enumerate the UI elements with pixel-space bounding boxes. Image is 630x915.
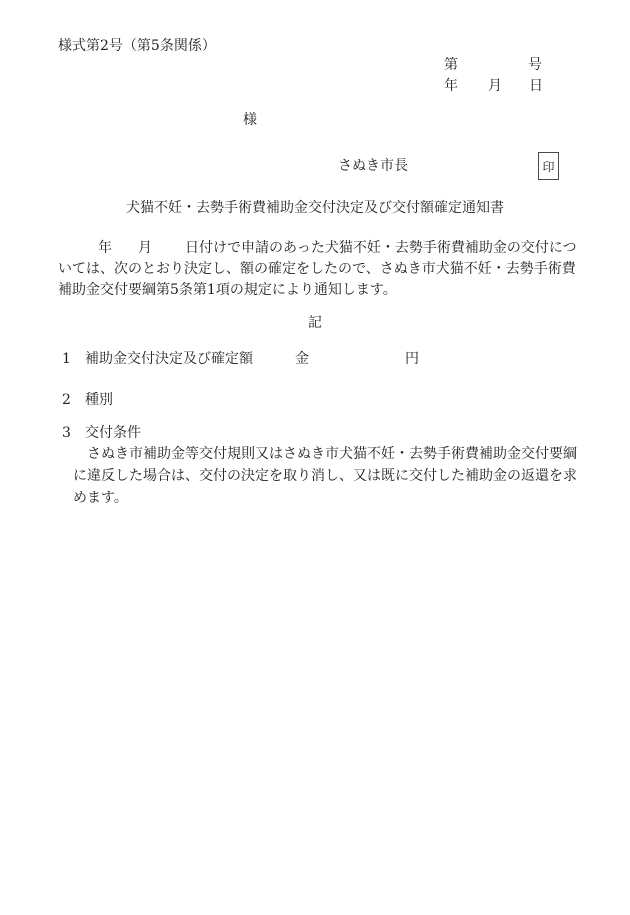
doc-number-suffix: 号 bbox=[528, 57, 542, 73]
item-3-label: 交付条件 bbox=[85, 425, 141, 441]
date-year-label: 年 bbox=[444, 78, 458, 94]
amount-prefix: 金 bbox=[295, 351, 309, 367]
item-2-number: 2 bbox=[62, 392, 71, 408]
addressee-honorific: 様 bbox=[243, 112, 257, 128]
document-title: 犬猫不妊・去勢手術費補助金交付決定及び交付額確定通知書 bbox=[0, 200, 630, 216]
item-3-line-2: に違反した場合は、交付の決定を取り消し、又は既に交付した補助金の返還を求 bbox=[73, 468, 577, 484]
body-line-2: いては、次のとおり決定し、額の確定をしたので、さぬき市犬猫不妊・去勢手術費 bbox=[58, 261, 576, 277]
date-month-label: 月 bbox=[488, 78, 502, 94]
item-1-number: 1 bbox=[62, 351, 71, 367]
item-2-label: 種別 bbox=[85, 392, 113, 408]
body-year-label: 年 bbox=[98, 240, 112, 256]
date-day-label: 日 bbox=[529, 78, 543, 94]
record-marker: 記 bbox=[0, 315, 630, 331]
seal-character: 印 bbox=[542, 158, 554, 175]
item-3-line-3: めます。 bbox=[73, 490, 128, 506]
mayor-name: さぬき市長 bbox=[338, 158, 408, 174]
item-3-line-1: さぬき市補助金等交付規則又はさぬき市犬猫不妊・去勢手術費補助金交付要綱 bbox=[87, 446, 577, 462]
body-month-label: 月 bbox=[138, 240, 152, 256]
item-1-label: 補助金交付決定及び確定額 bbox=[85, 351, 253, 367]
form-number-label: 様式第2号（第5条関係） bbox=[58, 38, 216, 54]
body-line-1: 日付けで申請のあった犬猫不妊・去勢手術費補助金の交付につ bbox=[185, 240, 577, 256]
seal-stamp-box: 印 bbox=[538, 152, 559, 180]
body-line-3: 補助金交付要綱第5条第1項の規定により通知します。 bbox=[58, 282, 397, 298]
doc-number-prefix: 第 bbox=[444, 57, 458, 73]
document-page: 様式第2号（第5条関係） 第 号 年 月 日 様 さぬき市長 印 犬猫不妊・去勢… bbox=[0, 0, 630, 915]
amount-suffix: 円 bbox=[405, 351, 419, 367]
item-3-number: 3 bbox=[62, 425, 71, 441]
